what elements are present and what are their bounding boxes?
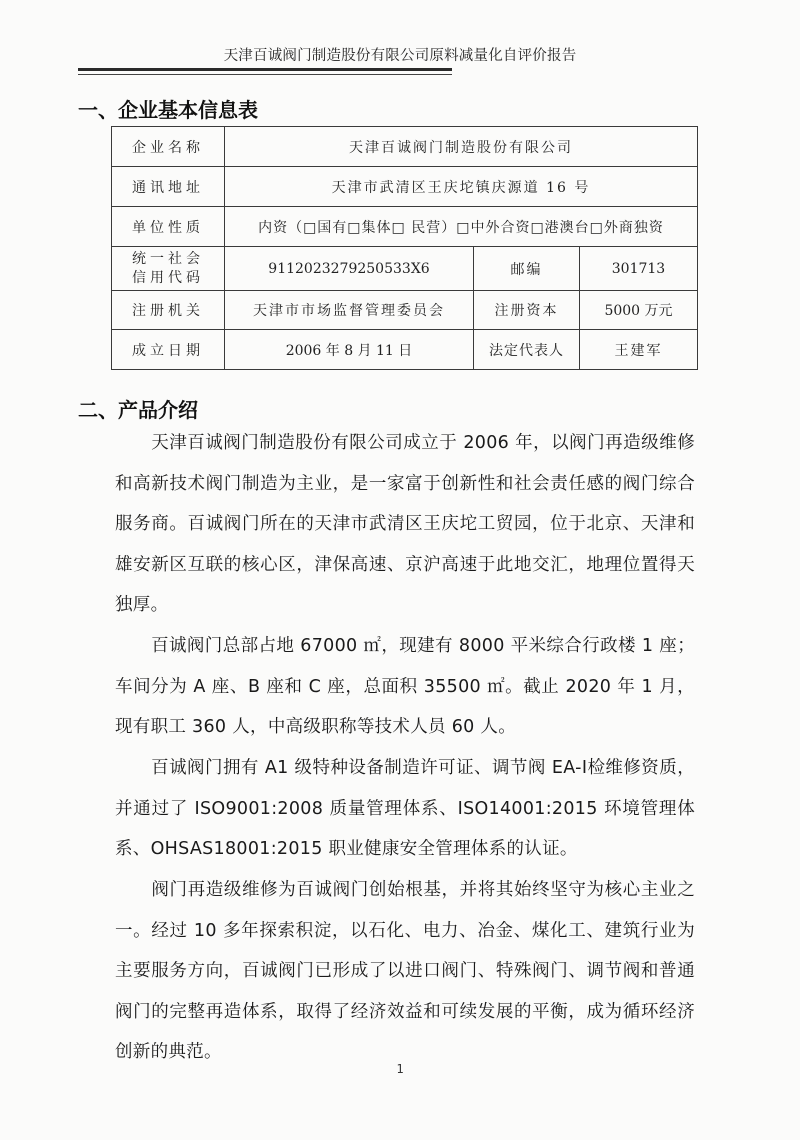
paragraph-2: 百诚阀门总部占地 67000 ㎡，现建有 8000 平米综合行政楼 1 座；车间… <box>115 626 695 748</box>
registration-authority-label: 注册机关 <box>112 291 225 330</box>
address-label: 通讯地址 <box>112 167 225 207</box>
table-row: 通讯地址 天津市武清区王庆坨镇庆源道 16 号 <box>112 167 698 207</box>
paragraph-4: 阀门再造级维修为百诚阀门创始根基，并将其始终坚守为核心主业之一。经过 10 多年… <box>115 870 695 1073</box>
nature-label: 单位性质 <box>112 207 225 247</box>
section-heading-basic-info: 一、企业基本信息表 <box>78 94 258 123</box>
credit-code-label-line2: 信用代码 <box>112 269 224 288</box>
postcode-value: 301713 <box>580 247 698 291</box>
paragraph-1: 天津百诚阀门制造股份有限公司成立于 2006 年，以阀门再造级维修和高新技术阀门… <box>115 423 695 626</box>
company-name-label: 企业名称 <box>112 127 225 167</box>
nature-value: 内资（□国有□集体□ 民营）□中外合资□港澳台□外商独资 <box>225 207 698 247</box>
postcode-label: 邮编 <box>474 247 580 291</box>
table-row: 企业名称 天津百诚阀门制造股份有限公司 <box>112 127 698 167</box>
company-info-table: 企业名称 天津百诚阀门制造股份有限公司 通讯地址 天津市武清区王庆坨镇庆源道 1… <box>111 126 698 370</box>
paragraph-1-text: 天津百诚阀门制造股份有限公司成立于 2006 年，以阀门再造级维修和高新技术阀门… <box>115 433 695 615</box>
paragraph-2-text: 百诚阀门总部占地 67000 ㎡，现建有 8000 平米综合行政楼 1 座；车间… <box>115 636 695 737</box>
credit-code-label-line1: 统一社会 <box>112 250 224 269</box>
paragraph-3: 百诚阀门拥有 A1 级特种设备制造许可证、调节阀 EA-Ⅰ检维修资质，并通过了 … <box>115 748 695 870</box>
legal-rep-value: 王建军 <box>580 330 698 370</box>
paragraph-4-text: 阀门再造级维修为百诚阀门创始根基，并将其始终坚守为核心主业之一。经过 10 多年… <box>115 880 695 1062</box>
founded-date-value: 2006 年 8 月 11 日 <box>225 330 474 370</box>
registered-capital-value: 5000 万元 <box>580 291 698 330</box>
section-heading-product-intro: 二、产品介绍 <box>78 394 198 423</box>
table-row: 成立日期 2006 年 8 月 11 日 法定代表人 王建军 <box>112 330 698 370</box>
registration-authority-value: 天津市市场监督管理委员会 <box>225 291 474 330</box>
page-number: 1 <box>0 1062 800 1076</box>
address-value: 天津市武清区王庆坨镇庆源道 16 号 <box>225 167 698 207</box>
founded-date-label: 成立日期 <box>112 330 225 370</box>
running-header: 天津百诚阀门制造股份有限公司原料减量化自评价报告 <box>0 44 800 65</box>
legal-rep-label: 法定代表人 <box>474 330 580 370</box>
paragraph-3-text: 百诚阀门拥有 A1 级特种设备制造许可证、调节阀 EA-Ⅰ检维修资质，并通过了 … <box>115 758 695 859</box>
table-row: 单位性质 内资（□国有□集体□ 民营）□中外合资□港澳台□外商独资 <box>112 207 698 247</box>
registered-capital-label: 注册资本 <box>474 291 580 330</box>
table-row: 统一社会 信用代码 911202327925053​3X6 邮编 301713 <box>112 247 698 291</box>
credit-code-value: 911202327925053​3X6 <box>225 247 474 291</box>
company-name-value: 天津百诚阀门制造股份有限公司 <box>225 127 698 167</box>
table-row: 注册机关 天津市市场监督管理委员会 注册资本 5000 万元 <box>112 291 698 330</box>
credit-code-label: 统一社会 信用代码 <box>112 247 225 291</box>
